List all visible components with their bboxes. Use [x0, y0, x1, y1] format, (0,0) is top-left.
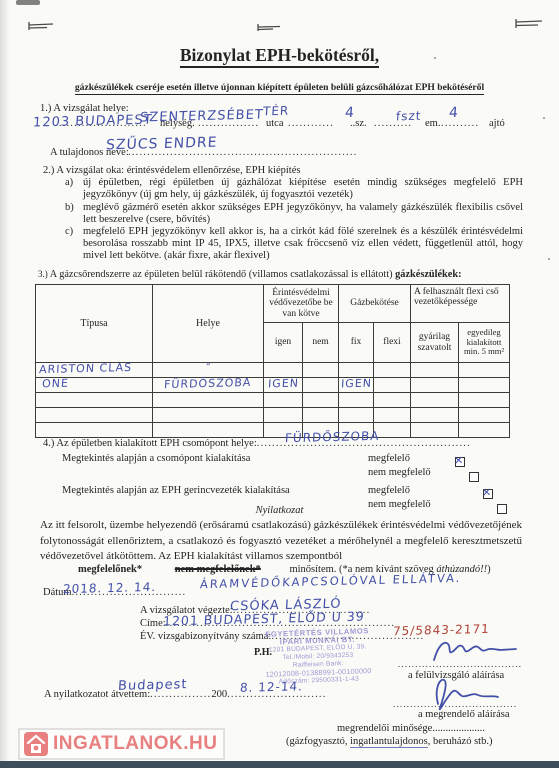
subheader-nem: nem [303, 323, 339, 363]
table-cell: FÜRDŐSZOBA [153, 378, 264, 393]
table-cell: IGEN [339, 378, 374, 393]
table-cell [411, 378, 459, 393]
gas-appliances-table: Típusa Helye Érintésvédelmi védővezetőbe… [35, 284, 510, 438]
subheader-egyedileg: egyedileg kialakított min. 5 mm² [459, 323, 510, 363]
watermark-text: INGATLANOK.HU [53, 733, 217, 755]
column-header-erintesvedelem: Érintésvédelmi védővezetőbe be van kötve [264, 285, 339, 323]
table-cell: ONE [36, 378, 153, 393]
handwritten-received-date: 8. 12-14. [240, 679, 304, 695]
table-cell [411, 408, 459, 423]
handwritten-door: 4 [448, 105, 459, 121]
handwritten-city: 1203 BUDAPEST [33, 113, 153, 131]
handwritten-received-city: Budapest [118, 677, 188, 694]
item-text: új épületben, régi épületben új gázhálóz… [83, 177, 523, 201]
staple-mark-icon [512, 17, 546, 31]
document-subtitle: gázkészülékek cseréje esetén illetve újo… [0, 83, 559, 93]
checkbox-gerincvezetek-megfelelo: ✕ [483, 489, 493, 499]
subheader-flexi: flexi [374, 323, 411, 363]
item-letter: a) [65, 177, 83, 201]
list-item-a: a) új épületben, régi épületben új gázhá… [43, 177, 525, 201]
section4-line: 4.) Az épületben kialakított EPH csomópo… [43, 438, 471, 449]
received-year: 200 [211, 689, 227, 700]
table-cell [459, 393, 510, 408]
table-cell [303, 363, 339, 378]
dotted-line: ............ [288, 118, 334, 129]
table-cell [36, 408, 153, 423]
handwritten-street: SZENTERZSÉBET [140, 107, 265, 125]
staple-mark-icon [255, 22, 283, 34]
qualify-end: ) [487, 564, 491, 575]
dotted-line: .......... [441, 118, 479, 129]
scan-bottom-band [0, 761, 559, 768]
scan-edge-shadow [0, 0, 10, 768]
item-letter: c) [65, 226, 83, 261]
item-text: meglévő gázmérő esetén akkor szükséges E… [83, 202, 523, 226]
scan-speck [548, 258, 550, 260]
section3-intro-text: A gázcsőrendszerre az épületen belül rák… [50, 269, 393, 280]
handwritten-entry: FÜRDŐSZOBA [164, 378, 252, 390]
item-text: megfelelő EPH jegyzőkönyv kell akkor is,… [83, 226, 523, 261]
check-x-icon: ✕ [454, 454, 464, 468]
handwritten-house-number: 4 [344, 105, 355, 121]
quality-note: (gázfogyasztó, ingatlantulajdonos, beruh… [286, 736, 492, 747]
table-cell [459, 363, 510, 378]
table-cell: ARISTON CLAS [36, 363, 153, 378]
subheader-igen: igen [264, 323, 303, 363]
row2-label: Megtekintés alapján az EPH gerincvezeték… [62, 485, 290, 496]
handwritten-entry: ˝ [204, 364, 211, 374]
ok-label: megfelelő [368, 453, 410, 464]
table-cell [411, 363, 459, 378]
row1-label: Megtekintés alapján a csomópont kialakít… [62, 453, 250, 464]
megfelelonek-label: megfelelőnek* [78, 564, 142, 575]
column-header-flexi: A felhasznált flexi cső vezetőképessége [411, 285, 510, 323]
table-cell [374, 378, 411, 393]
subheader-gyarilag: gyárilag szavatolt [411, 323, 459, 363]
list-item-b: b) meglévő gázmérő esetén akkor szüksége… [43, 202, 525, 226]
table-cell [36, 393, 153, 408]
table-cell [339, 408, 374, 423]
section3-number: 3.) [38, 269, 48, 279]
table-cell [153, 408, 264, 423]
table-cell [339, 393, 374, 408]
handwritten-eph-place: FÜRDŐSZOBA [285, 429, 380, 445]
declaration-heading: Nyilatkozat [0, 505, 559, 516]
column-header-tipusa: Típusa [36, 285, 153, 363]
section2: 2.) A vizsgálat oka: érintésvédelem elle… [43, 165, 525, 262]
item-letter: b) [65, 202, 83, 226]
house-icon [24, 732, 48, 756]
not-ok-label: nem megfelelő [368, 467, 431, 478]
table-cell: IGEN [264, 378, 303, 393]
field-label-utca: utca [266, 118, 284, 129]
handwritten-floor: fszt [396, 109, 422, 124]
handwritten-entry: IGEN [267, 379, 299, 390]
table-cell [264, 363, 303, 378]
scan-speck [543, 117, 545, 119]
supervisor-signature [428, 636, 523, 666]
customer-signature [420, 674, 505, 714]
table-cell [264, 408, 303, 423]
section3-intro-bold: gázkészülékek: [395, 269, 461, 280]
table-cell [459, 378, 510, 393]
field-label-ajto: ajtó [489, 118, 505, 129]
table-cell [303, 378, 339, 393]
check-x-icon: ✕ [482, 486, 492, 500]
document-title: Bizonylat EPH-bekötésről, [0, 46, 559, 65]
column-header-gazbekotes: Gázbekötése [339, 285, 411, 323]
table-cell [153, 423, 264, 438]
table-cell [459, 408, 510, 423]
checkbox-csomopont-nem-megfelelo [469, 472, 479, 482]
column-header-helye: Helye [153, 285, 264, 363]
table-cell [374, 408, 411, 423]
table-cell [36, 423, 153, 438]
nem-megfelelonek-struck-label: nem megfelelőnek* [175, 564, 261, 575]
table-cell [339, 363, 374, 378]
handwritten-entry: IGEN [340, 379, 372, 390]
section4-label: 4.) Az épületben kialakított EPH csomópo… [43, 438, 257, 449]
table-cell [303, 408, 339, 423]
handwritten-date: 2018. 12. 14. [63, 580, 157, 596]
handwritten-owner-name: SZŰCS ENDRE [106, 135, 218, 154]
table-cell [459, 423, 510, 438]
quality-label: megrendelői minősége.................... [337, 723, 485, 734]
table-cell [411, 423, 459, 438]
list-item-c: c) megfelelő EPH jegyzőkönyv kell akkor … [43, 226, 525, 261]
checkbox-csomopont-megfelelo: ✕ [455, 457, 465, 467]
ok-label: megfelelő [368, 485, 410, 496]
field-label-em: em. [425, 118, 440, 129]
staple-mark-icon [26, 20, 56, 32]
table-cell [374, 393, 411, 408]
table-cell [374, 363, 411, 378]
declaration-body: Az itt felsorolt, üzembe helyezendő (erő… [40, 518, 522, 565]
company-stamp: EGYETÉRTÉS VILLAMOS IPARI MUNKÁI BT. 120… [239, 626, 397, 687]
section2-title: 2.) A vizsgálat oka: érintésvédelem elle… [43, 165, 525, 176]
handwritten-entry: ONE [42, 379, 69, 390]
scanned-document-page: Bizonylat EPH-bekötésről, gázkészülékek … [0, 0, 559, 768]
quality-note-underlined: ingatlantulajdonos [350, 736, 428, 748]
section3-intro: 3.) A gázcsőrendszerre az épületen belül… [38, 269, 462, 280]
scan-smudge [16, 0, 40, 5]
handwritten-ter: TÉR [263, 104, 290, 119]
table-cell [264, 393, 303, 408]
table-cell [411, 393, 459, 408]
watermark-logo: INGATLANOK.HU [18, 728, 225, 760]
quality-note-pre: (gázfogyasztó, [286, 736, 350, 747]
quality-note-post: , beruházó stb.) [428, 736, 493, 747]
table-cell [153, 393, 264, 408]
handwritten-entry: ARISTON CLAS [39, 363, 133, 375]
table-cell [303, 393, 339, 408]
subheader-fix: fix [339, 323, 374, 363]
